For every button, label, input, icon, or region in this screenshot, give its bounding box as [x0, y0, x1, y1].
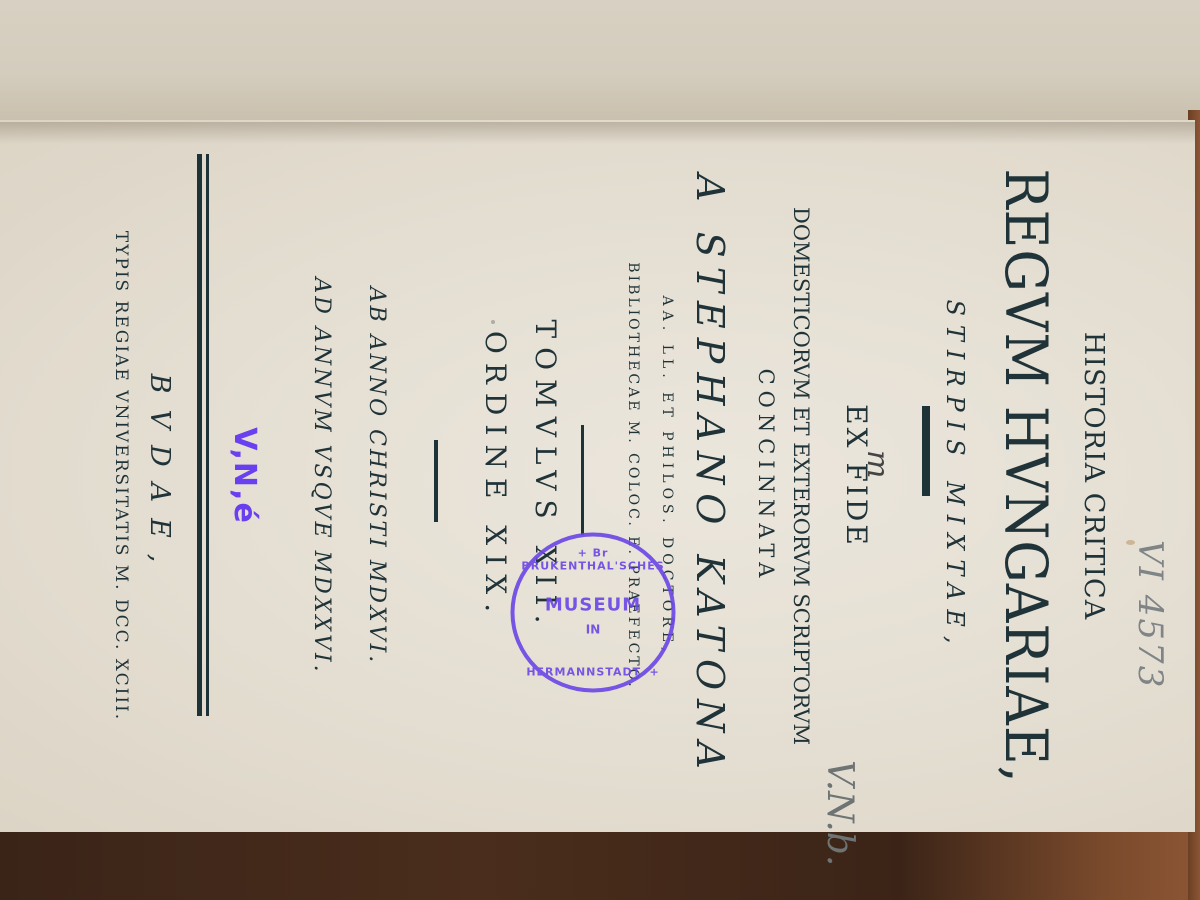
title-line-stirpis: STIRPIS MIXTAE, — [943, 120, 967, 832]
title-page: HISTORIA CRITICA REGVM HVNGARIAE, STIRPI… — [0, 120, 1195, 832]
imprint-line: TYPIS REGIAE VNIVERSITATIS M. DCC. XCIII… — [112, 120, 129, 832]
volume-number: TOMVLVS XII. — [531, 120, 559, 832]
paper-speck — [1126, 540, 1135, 545]
title-line-exfide: EX FIDE — [842, 120, 870, 832]
author-title-2: BIBLIOTHECAE M. COLOC. E. PRAEFECTO. — [626, 120, 640, 832]
rule-divider — [581, 425, 584, 535]
author-title-1: AA. LL. ET PHILOS. DOCTORE, — [660, 120, 674, 832]
seal-ring-top: + Br BRUKENTHAL'SCHES — [515, 547, 672, 573]
title-line-domesticorvm: DOMESTICORVM ET EXTERORVM SCRIPTORVM — [790, 120, 811, 832]
imprint-place: BVDAE, — [146, 120, 173, 832]
title-line-regvm: REGVM HVNGARIAE, — [997, 148, 1055, 803]
seal-center-small: IN — [515, 623, 672, 637]
rule-divider — [922, 406, 930, 496]
seal-center: MUSEUM — [515, 595, 672, 616]
ink-stamp-vne: V,N,é — [227, 120, 262, 832]
range-from: AB ANNO CHRISTI MDXVI. — [365, 120, 387, 832]
range-to: AD ANNVM VSQVE MDXXVI. — [310, 120, 332, 832]
paper-speck — [491, 320, 495, 324]
order-number: ORDINE XIX. — [481, 120, 509, 832]
museum-seal-stamp: + Br BRUKENTHAL'SCHES MUSEUM IN HERMANNS… — [511, 533, 676, 693]
author-name: A STEPHANO KATONA — [691, 120, 729, 832]
title-line-historia: HISTORIA CRITICA — [1080, 120, 1107, 832]
rule-divider — [434, 440, 438, 522]
seal-ring-bottom: HERMANNSTADT. + — [515, 666, 672, 679]
facing-page-edge — [0, 0, 1200, 124]
pencil-shelf-mark: VI 4573 — [1130, 540, 1170, 689]
double-rule-divider — [197, 154, 209, 716]
pencil-note: V.N.b. — [819, 760, 860, 866]
title-line-concinnata: CONCINNATA — [755, 120, 776, 832]
